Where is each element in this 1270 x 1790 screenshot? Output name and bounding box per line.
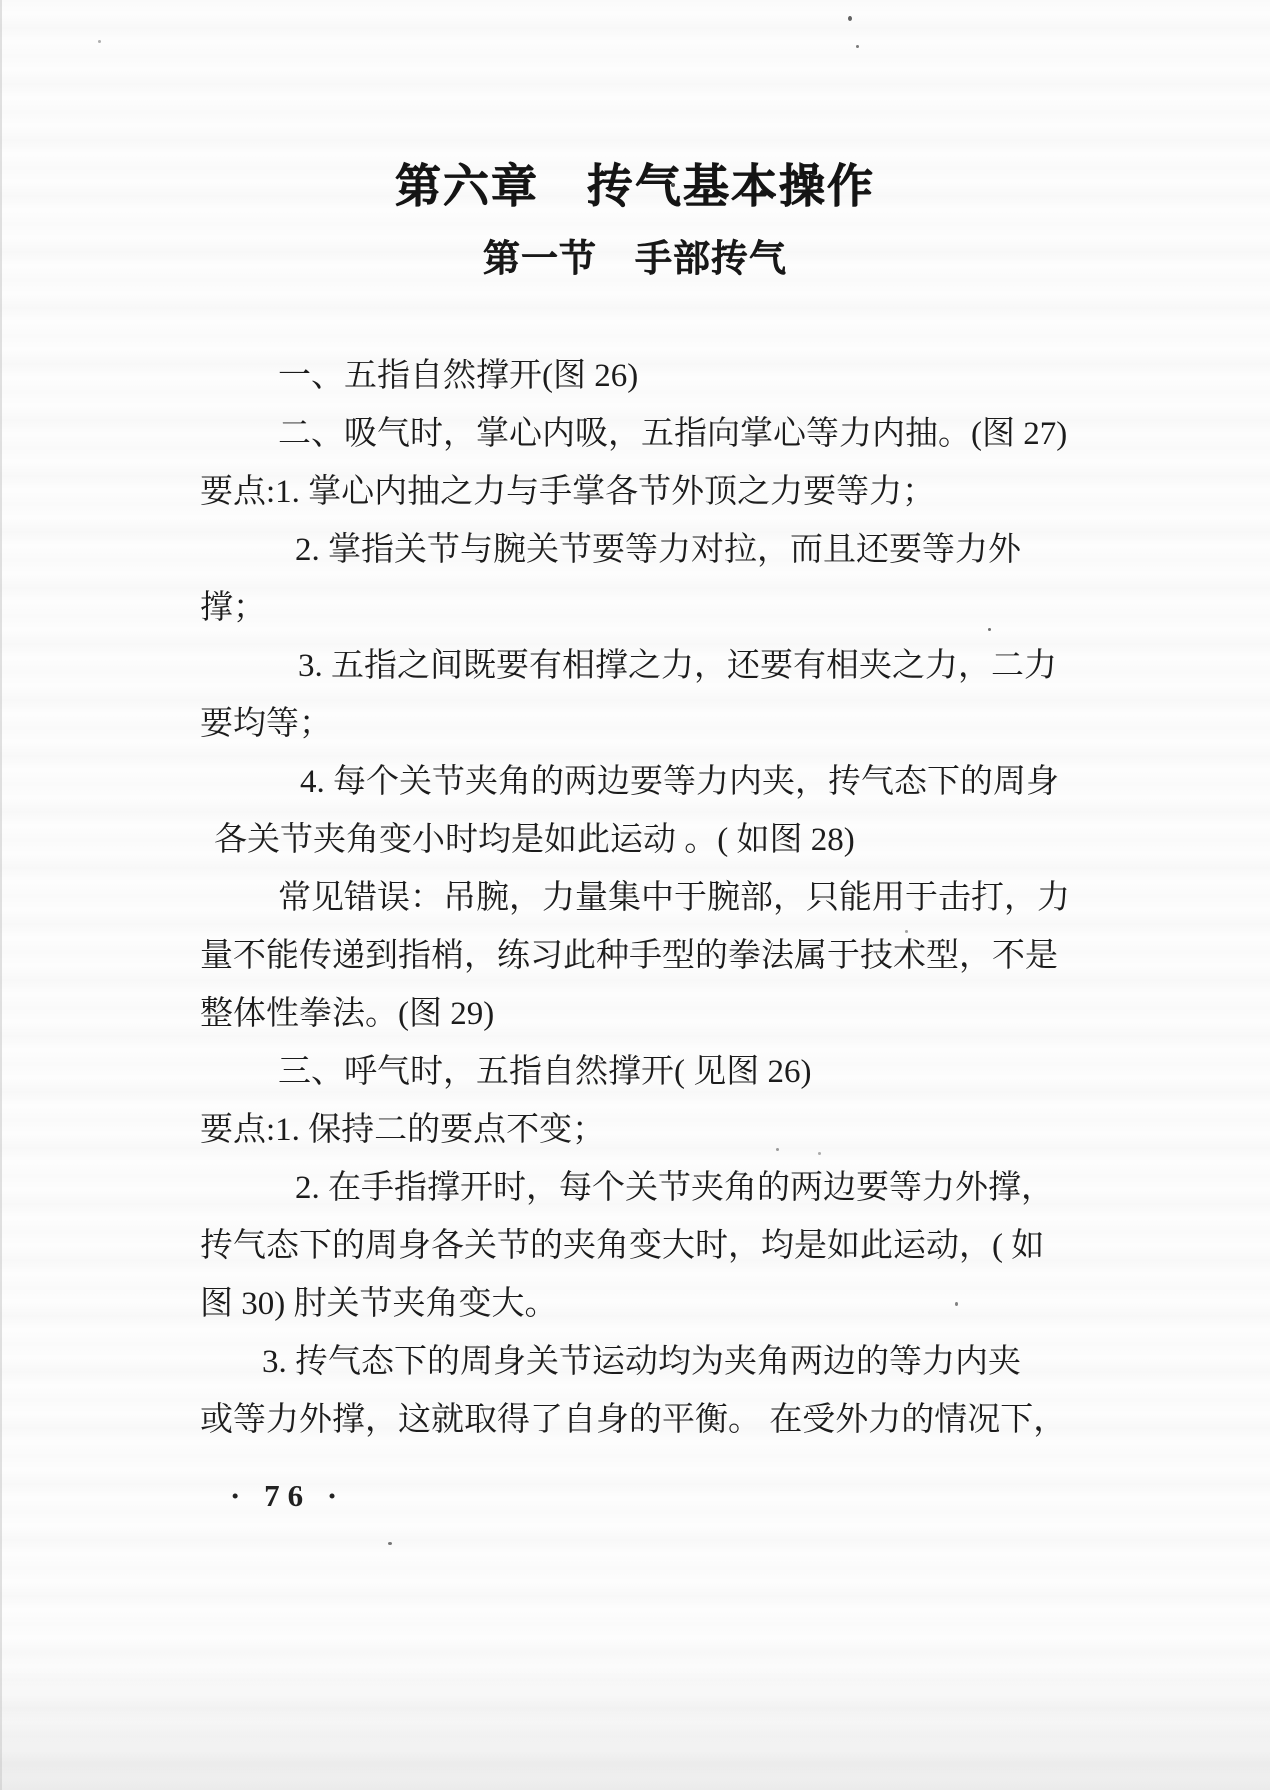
book-page: 第六章 抟气基本操作 第一节 手部抟气 一、五指自然撑开(图 26)二、吸气时，… <box>0 0 1270 1790</box>
scan-speck <box>671 183 675 187</box>
chapter-heading: 第六章 抟气基本操作 <box>0 150 1270 216</box>
text-line: 三、呼气时，五指自然撑开( 见图 26) <box>278 1043 1010 1101</box>
text-line: 4. 每个关节夹角的两边要等力内夹，抟气态下的周身 <box>300 753 1010 811</box>
section-heading: 第一节 手部抟气 <box>0 228 1270 282</box>
text-line: 3. 五指之间既要有相撑之力，还要有相夹之力，二力 <box>298 637 1010 695</box>
text-line: 图 30) 肘关节夹角变大。 <box>200 1275 1010 1333</box>
text-line: 要点:1. 掌心内抽之力与手掌各节外顶之力要等力； <box>200 463 1010 521</box>
text-line: 一、五指自然撑开(图 26) <box>278 347 1010 405</box>
text-line: 各关节夹角变小时均是如此运动 。( 如图 28) <box>214 811 1010 869</box>
scan-speck <box>818 1152 821 1155</box>
scan-speck <box>848 16 852 21</box>
scan-speck <box>856 45 859 48</box>
body-text: 一、五指自然撑开(图 26)二、吸气时，掌心内吸，五指向掌心等力内抽。(图 27… <box>200 347 1010 1449</box>
text-line: 要点:1. 保持二的要点不变； <box>200 1101 1010 1159</box>
text-line: 二、吸气时，掌心内吸，五指向掌心等力内抽。(图 27) <box>278 405 1010 463</box>
page-number: · 76 · <box>230 1478 345 1514</box>
scan-speck <box>388 1542 392 1545</box>
text-line: 常见错误：吊腕，力量集中于腕部，只能用于击打，力 <box>278 869 1010 927</box>
scan-speck <box>988 628 991 631</box>
text-line: 撑； <box>200 579 1010 637</box>
text-line: 2. 掌指关节与腕关节要等力对拉，而且还要等力外 <box>295 521 1010 579</box>
text-line: 3. 抟气态下的周身关节运动均为夹角两边的等力内夹 <box>262 1333 1010 1391</box>
text-line: 整体性拳法。(图 29) <box>200 985 1010 1043</box>
scan-speck <box>905 930 908 933</box>
scan-speck <box>98 40 101 43</box>
text-line: 或等力外撑，这就取得了自身的平衡。 在受外力的情况下， <box>200 1391 1010 1449</box>
scan-speck <box>955 1302 958 1306</box>
text-line: 量不能传递到指梢，练习此种手型的拳法属于技术型，不是 <box>200 927 1010 985</box>
scan-speck <box>776 1148 779 1151</box>
text-line: 抟气态下的周身各关节的夹角变大时，均是如此运动，( 如 <box>200 1217 1010 1275</box>
text-line: 2. 在手指撑开时，每个关节夹角的两边要等力外撑， <box>295 1159 1010 1217</box>
text-line: 要均等； <box>200 695 1010 753</box>
